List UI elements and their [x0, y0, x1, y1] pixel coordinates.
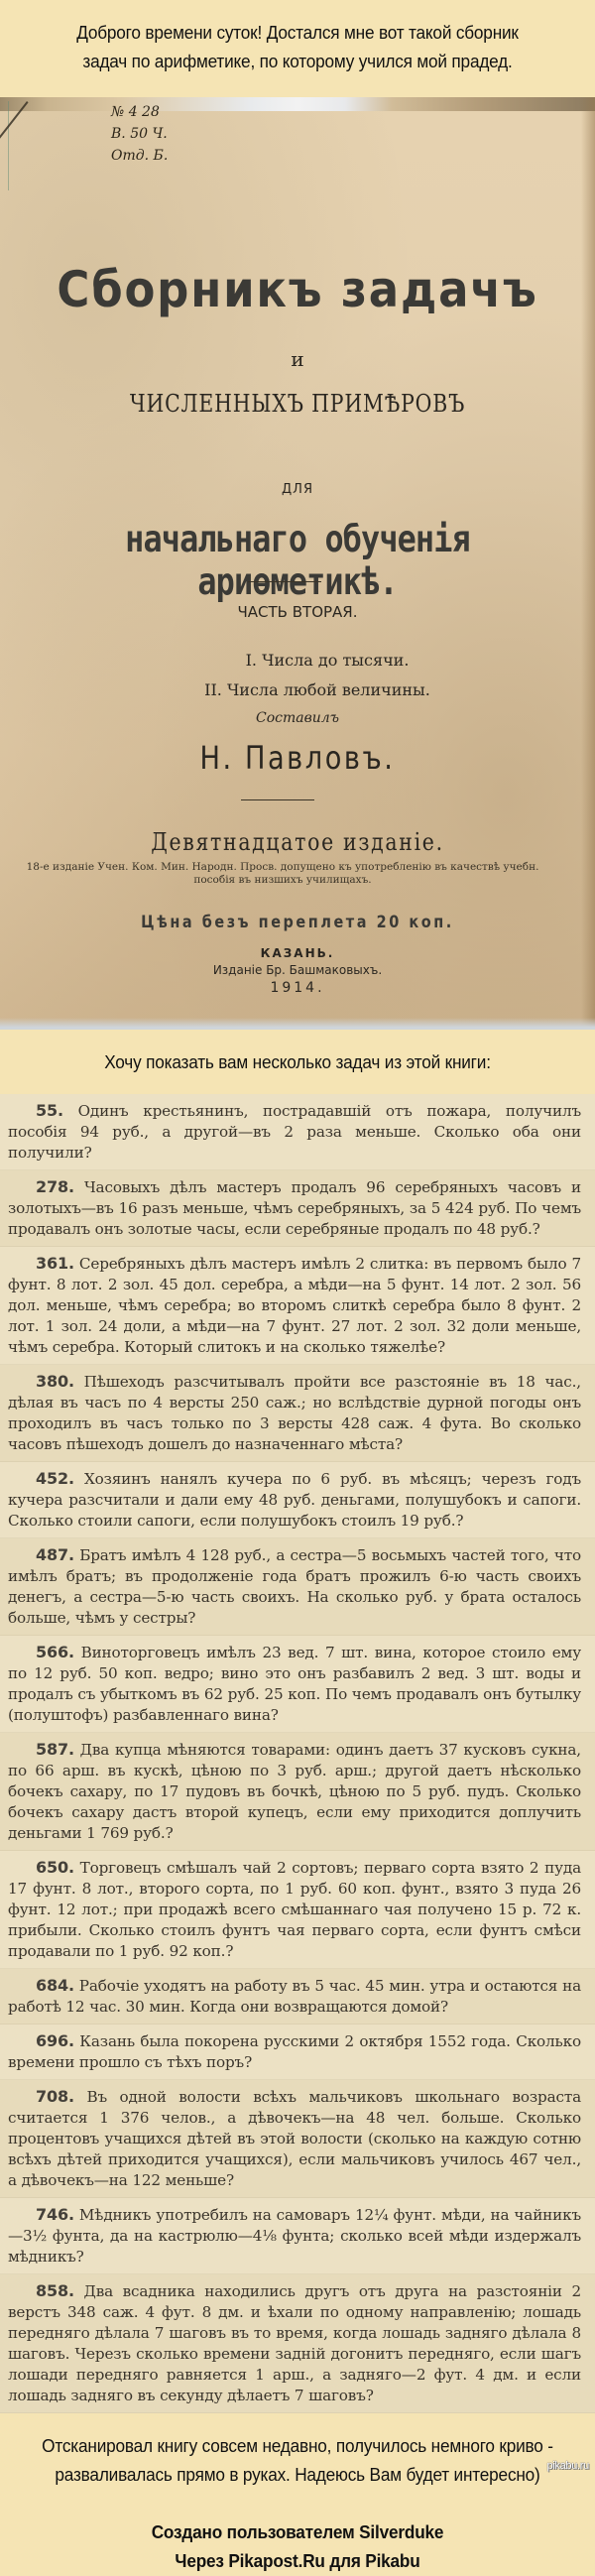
task-number: 380. [36, 1372, 74, 1391]
cover-approval-note: 18-е изданіе Учен. Ком. Мин. Народн. Про… [10, 861, 555, 887]
cover-section-1: I. Числа до тысячи. [59, 651, 595, 670]
task-text: Пѣшеходъ разсчитывалъ пройти все разстоя… [8, 1373, 581, 1453]
post-image: Доброго времени суток! Достался мне вот … [0, 0, 595, 2576]
bottom-edge [0, 1018, 595, 1030]
task-item: 696. Казань была покорена русскими 2 окт… [0, 2024, 595, 2080]
task-text: Виноторговецъ имѣлъ 23 вед. 7 шт. вина, … [8, 1644, 581, 1724]
book-cover-scan: № 4 28 В. 50 Ч. Отд. Б. Сборникъ задачъ … [0, 97, 595, 1030]
cover-author: Н. Павловъ. [45, 739, 550, 777]
cover-edition: Девятнадцатое изданіе. [45, 828, 550, 856]
cover-composed-by: Составилъ [0, 710, 595, 726]
task-number: 361. [36, 1254, 74, 1273]
task-number: 708. [36, 2087, 74, 2106]
cover-city: КАЗАНЬ. [0, 946, 595, 960]
credits-author: Создано пользователем Silverduke [21, 2517, 574, 2546]
task-item: 566. Виноторговецъ имѣлъ 23 вед. 7 шт. в… [0, 1636, 595, 1733]
task-number: 684. [36, 1976, 74, 1995]
task-number: 858. [36, 2281, 74, 2300]
caption-text: Хочу показать вам несколько задач из это… [21, 1030, 574, 1094]
task-number: 452. [36, 1469, 74, 1488]
handwritten-shelfmark: № 4 28 В. 50 Ч. Отд. Б. [111, 101, 168, 167]
task-text: Часовыхъ дѣлъ мастеръ продалъ 96 серебря… [8, 1178, 581, 1238]
task-item: 361. Серебряныхъ дѣлъ мастеръ имѣлъ 2 сл… [0, 1247, 595, 1365]
spine-shadow [581, 97, 595, 1030]
cover-year: 1914. [0, 980, 595, 996]
outro-line-1: Отсканировал книгу совсем недавно, получ… [21, 2431, 574, 2460]
cover-part: ЧАСТЬ ВТОРАЯ. [0, 603, 595, 621]
cover-subtitle-2: начальнаго обученія ариѳметикѣ. [42, 518, 553, 603]
cover-for: ДЛЯ [0, 482, 595, 497]
task-text: Два купца мѣняются товарами: одинъ даетъ… [8, 1741, 581, 1842]
task-number: 278. [36, 1177, 74, 1196]
task-item: 278. Часовыхъ дѣлъ мастеръ продалъ 96 се… [0, 1170, 595, 1247]
task-number: 587. [36, 1740, 74, 1759]
caption-line: Хочу показать вам несколько задач из это… [21, 1047, 574, 1076]
task-text: Въ одной волости всѣхъ мальчиковъ школьн… [8, 2088, 581, 2189]
task-item: 650. Торговецъ смѣшалъ чай 2 сортовъ; пе… [0, 1851, 595, 1969]
task-number: 696. [36, 2031, 74, 2050]
cover-section-2: II. Числа любой величины. [40, 680, 595, 699]
outro-line-2: разваливалась прямо в руках. Надеюсь Вам… [21, 2460, 574, 2489]
task-item: 708. Въ одной волости всѣхъ мальчиковъ ш… [0, 2080, 595, 2198]
task-text: Одинъ крестьянинъ, пострадавшій отъ пожа… [8, 1102, 581, 1162]
task-item: 55. Одинъ крестьянинъ, пострадавшій отъ … [0, 1094, 595, 1170]
task-number: 650. [36, 1858, 74, 1877]
task-text: Хозяинъ нанялъ кучера по 6 руб. въ мѣсяц… [8, 1470, 581, 1530]
task-text: Серебряныхъ дѣлъ мастеръ имѣлъ 2 слитка:… [8, 1255, 581, 1356]
cover-title: Сборникъ задачъ [30, 261, 565, 318]
pikabu-watermark: pikabu.ru [546, 2460, 589, 2474]
task-text: Братъ имѣлъ 4 128 руб., а сестра—5 восьм… [8, 1546, 581, 1627]
task-text: Мѣдникъ употребилъ на самоваръ 12¼ фунт.… [8, 2206, 581, 2266]
task-item: 487. Братъ имѣлъ 4 128 руб., а сестра—5 … [0, 1538, 595, 1636]
cover-price: Цѣна безъ переплета 20 коп. [45, 913, 550, 932]
task-text: Рабочіе уходятъ на работу въ 5 час. 45 м… [8, 1977, 581, 2016]
task-item: 858. Два всадника находились другъ отъ д… [0, 2274, 595, 2413]
cover-publisher: Изданіе Бр. Башмаковыхъ. [0, 963, 595, 977]
task-item: 380. Пѣшеходъ разсчитывалъ пройти все ра… [0, 1365, 595, 1462]
intro-line-2: задач по арифметике, по которому учился … [21, 47, 574, 75]
credits: Создано пользователем Silverduke Через P… [21, 2517, 574, 2575]
intro-text: Доброго времени суток! Достался мне вот … [21, 0, 574, 97]
task-text: Два всадника находились другъ отъ друга … [8, 2282, 581, 2404]
task-list: 55. Одинъ крестьянинъ, пострадавшій отъ … [0, 1094, 595, 2413]
cover-conjunction: и [0, 347, 595, 371]
task-text: Казань была покорена русскими 2 октября … [8, 2032, 581, 2071]
task-text: Торговецъ смѣшалъ чай 2 сортовъ; перваго… [8, 1859, 581, 1960]
task-number: 55. [36, 1101, 63, 1120]
divider [241, 799, 314, 800]
intro-line-1: Доброго времени суток! Достался мне вот … [21, 18, 574, 47]
task-number: 566. [36, 1643, 74, 1661]
task-number: 746. [36, 2205, 74, 2224]
divider [248, 581, 321, 582]
cover-subtitle-1: ЧИСЛЕННЫХЪ ПРИМѢРОВЪ [45, 390, 550, 418]
task-item: 452. Хозяинъ нанялъ кучера по 6 руб. въ … [0, 1462, 595, 1538]
task-item: 587. Два купца мѣняются товарами: одинъ … [0, 1733, 595, 1851]
task-item: 746. Мѣдникъ употребилъ на самоваръ 12¼ … [0, 2198, 595, 2274]
footer: Отсканировал книгу совсем недавно, получ… [21, 2413, 574, 2576]
task-item: 684. Рабочіе уходятъ на работу въ 5 час.… [0, 1969, 595, 2024]
credits-source: Через Pikapost.Ru для Pikabu [21, 2546, 574, 2575]
library-stamp-icon [8, 101, 98, 190]
task-number: 487. [36, 1545, 74, 1564]
